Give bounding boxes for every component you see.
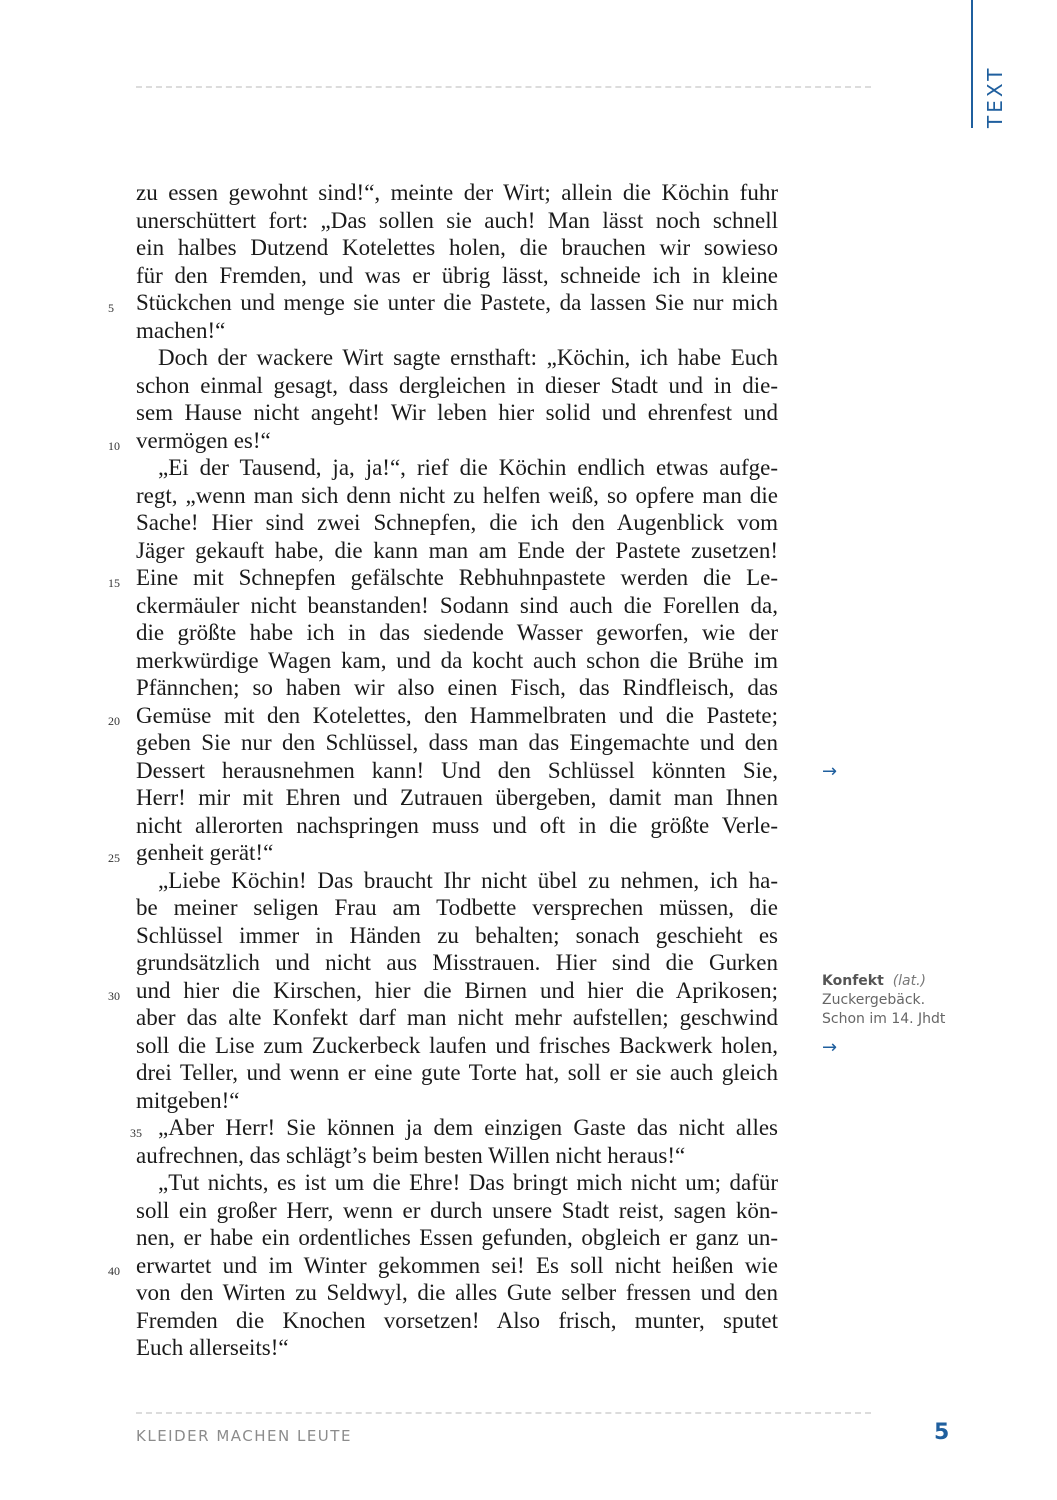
text-line: vermögen es!“10 [136, 427, 778, 455]
header-dashed-rule [136, 86, 871, 88]
text-line: für den Fremden, und was er übrig lässt,… [136, 262, 778, 290]
text-line: Fremden die Knochen vorsetzen! Also fris… [136, 1307, 778, 1335]
page-number: 5 [934, 1420, 949, 1445]
side-tab-rule [971, 0, 973, 128]
text-line-content: und hier die Kirschen, hier die Birnen u… [136, 978, 778, 1003]
text-line-content: die größte habe ich in das siedende Wass… [136, 620, 778, 645]
text-line-content: geben Sie nur den Schlüssel, dass man da… [136, 730, 778, 755]
text-line: genheit gerät!“25 [136, 839, 778, 867]
text-line: „Ei der Tausend, ja, ja!“, rief die Köch… [136, 454, 778, 482]
text-line: Eine mit Schnepfen gefälschte Rebhuhnpas… [136, 564, 778, 592]
text-line: ckermäuler nicht beanstanden! Sodann sin… [136, 592, 778, 620]
text-line-content: für den Fremden, und was er übrig lässt,… [136, 263, 778, 288]
text-line-content: Euch allerseits!“ [136, 1335, 289, 1360]
text-line-content: unerschüttert fort: „Das sollen sie auch… [136, 208, 778, 233]
footer-book-title: KLEIDER MACHEN LEUTE [136, 1427, 352, 1445]
line-number: 20 [108, 708, 128, 736]
text-line: Schlüssel immer in Händen zu behalten; s… [136, 922, 778, 950]
text-line: ein halbes Dutzend Kotelettes holen, die… [136, 234, 778, 262]
text-line: machen!“ [136, 317, 778, 345]
text-line-content: Stückchen und menge sie unter die Pastet… [136, 290, 778, 315]
gloss-line-2: Schon im 14. Jhdt [822, 1010, 1022, 1029]
text-line-content: zu essen gewohnt sind!“, meinte der Wirt… [136, 180, 778, 205]
text-line: Herr! mir mit Ehren und Zutrauen übergeb… [136, 784, 778, 812]
text-line: die größte habe ich in das siedende Wass… [136, 619, 778, 647]
text-line: „Aber Herr! Sie können ja dem einzigen G… [136, 1114, 778, 1142]
text-line-content: Schlüssel immer in Händen zu behalten; s… [136, 923, 778, 948]
text-line: grundsätzlich und nicht aus Misstrauen. … [136, 949, 778, 977]
text-line-content: vermögen es!“ [136, 428, 271, 453]
body-text: zu essen gewohnt sind!“, meinte der Wirt… [136, 179, 778, 1362]
text-line-content: soll die Lise zum Zuckerbeck laufen und … [136, 1033, 778, 1058]
text-line-content: aber das alte Konfekt darf man nicht meh… [136, 1005, 778, 1030]
margin-arrow-icon[interactable]: → [822, 762, 837, 782]
text-line: Doch der wackere Wirt sagte ernsthaft: „… [136, 344, 778, 372]
text-line-content: ein halbes Dutzend Kotelettes holen, die… [136, 235, 778, 260]
text-line-content: merkwürdige Wagen kam, und da kocht auch… [136, 648, 778, 673]
line-number: 40 [108, 1258, 128, 1286]
text-line: nen, er habe ein ordentliches Essen gefu… [136, 1224, 778, 1252]
text-line: Sache! Hier sind zwei Schnepfen, die ich… [136, 509, 778, 537]
text-line-content: Herr! mir mit Ehren und Zutrauen übergeb… [136, 785, 778, 810]
side-tab: TEXT [982, 68, 1012, 128]
text-line-content: grundsätzlich und nicht aus Misstrauen. … [136, 950, 778, 975]
text-line-content: sem Hause nicht angeht! Wir leben hier s… [136, 400, 778, 425]
text-line-content: von den Wirten zu Seldwyl, die alles Gut… [136, 1280, 778, 1305]
margin-gloss: Konfekt (lat.) Zuckergebäck. Schon im 14… [822, 972, 1022, 1029]
text-line-content: machen!“ [136, 318, 225, 343]
text-line: Pfännchen; so haben wir also einen Fisch… [136, 674, 778, 702]
gloss-line-1: Zuckergebäck. [822, 991, 1022, 1010]
footer-dashed-rule [136, 1412, 871, 1414]
text-line-content: Sache! Hier sind zwei Schnepfen, die ich… [136, 510, 778, 535]
text-line-content: nicht allerorten nachspringen muss und o… [136, 813, 778, 838]
text-line-content: Gemüse mit den Kotelettes, den Hammelbra… [136, 703, 778, 728]
text-line-content: „Liebe Köchin! Das braucht Ihr nicht übe… [158, 868, 778, 893]
line-number: 25 [108, 845, 128, 873]
text-line-content: erwartet und im Winter gekommen sei! Es … [136, 1253, 778, 1278]
text-line: be meiner seligen Frau am Todbette versp… [136, 894, 778, 922]
text-line: „Tut nichts, es ist um die Ehre! Das bri… [136, 1169, 778, 1197]
text-line: mitgeben!“ [136, 1087, 778, 1115]
line-number: 15 [108, 570, 128, 598]
side-tab-label: TEXT [982, 66, 1008, 128]
text-line: aufrechnen, das schlägt’s beim besten Wi… [136, 1142, 778, 1170]
text-line-content: regt, „wenn man sich denn nicht zu helfe… [136, 483, 778, 508]
text-line: und hier die Kirschen, hier die Birnen u… [136, 977, 778, 1005]
text-line-content: Jäger gekauft habe, die kann man am Ende… [136, 538, 778, 563]
text-line: schon einmal gesagt, dass dergleichen in… [136, 372, 778, 400]
text-line-content: ckermäuler nicht beanstanden! Sodann sin… [136, 593, 778, 618]
text-line: Jäger gekauft habe, die kann man am Ende… [136, 537, 778, 565]
text-line: Gemüse mit den Kotelettes, den Hammelbra… [136, 702, 778, 730]
text-line: von den Wirten zu Seldwyl, die alles Gut… [136, 1279, 778, 1307]
text-line: drei Teller, und wenn er eine gute Torte… [136, 1059, 778, 1087]
text-line-content: Eine mit Schnepfen gefälschte Rebhuhnpas… [136, 565, 778, 590]
text-line: merkwürdige Wagen kam, und da kocht auch… [136, 647, 778, 675]
gloss-arrow-icon[interactable]: → [822, 1038, 837, 1058]
text-line-content: Fremden die Knochen vorsetzen! Also fris… [136, 1308, 778, 1333]
text-line-content: drei Teller, und wenn er eine gute Torte… [136, 1060, 778, 1085]
text-line: Stückchen und menge sie unter die Pastet… [136, 289, 778, 317]
text-line: nicht allerorten nachspringen muss und o… [136, 812, 778, 840]
text-line-content: schon einmal gesagt, dass dergleichen in… [136, 373, 778, 398]
text-line: soll die Lise zum Zuckerbeck laufen und … [136, 1032, 778, 1060]
text-line-content: „Ei der Tausend, ja, ja!“, rief die Köch… [158, 455, 778, 480]
text-line: soll ein großer Herr, wenn er durch unse… [136, 1197, 778, 1225]
text-line: erwartet und im Winter gekommen sei! Es … [136, 1252, 778, 1280]
text-line: regt, „wenn man sich denn nicht zu helfe… [136, 482, 778, 510]
line-number: 5 [108, 295, 128, 323]
text-line-content: mitgeben!“ [136, 1088, 239, 1113]
text-line: zu essen gewohnt sind!“, meinte der Wirt… [136, 179, 778, 207]
text-line: sem Hause nicht angeht! Wir leben hier s… [136, 399, 778, 427]
text-line: „Liebe Köchin! Das braucht Ihr nicht übe… [136, 867, 778, 895]
gloss-term: Konfekt [822, 973, 884, 989]
text-line: geben Sie nur den Schlüssel, dass man da… [136, 729, 778, 757]
line-number: 10 [108, 433, 128, 461]
text-line-content: be meiner seligen Frau am Todbette versp… [136, 895, 778, 920]
text-line: aber das alte Konfekt darf man nicht meh… [136, 1004, 778, 1032]
text-line: unerschüttert fort: „Das sollen sie auch… [136, 207, 778, 235]
gloss-origin: (lat.) [893, 973, 926, 989]
text-line-content: Doch der wackere Wirt sagte ernsthaft: „… [158, 345, 778, 370]
text-line-content: Dessert herausnehmen kann! Und den Schlü… [136, 758, 778, 783]
text-line-content: „Tut nichts, es ist um die Ehre! Das bri… [158, 1170, 778, 1195]
text-line-content: nen, er habe ein ordentliches Essen gefu… [136, 1225, 778, 1250]
text-line: Euch allerseits!“ [136, 1334, 778, 1362]
line-number: 30 [108, 983, 128, 1011]
text-line-content: „Aber Herr! Sie können ja dem einzigen G… [158, 1115, 778, 1140]
text-line: Dessert herausnehmen kann! Und den Schlü… [136, 757, 778, 785]
text-line-content: aufrechnen, das schlägt’s beim besten Wi… [136, 1143, 685, 1168]
line-number: 35 [108, 1120, 128, 1148]
text-line-content: Pfännchen; so haben wir also einen Fisch… [136, 675, 778, 700]
text-line-content: soll ein großer Herr, wenn er durch unse… [136, 1198, 778, 1223]
text-line-content: genheit gerät!“ [136, 840, 273, 865]
